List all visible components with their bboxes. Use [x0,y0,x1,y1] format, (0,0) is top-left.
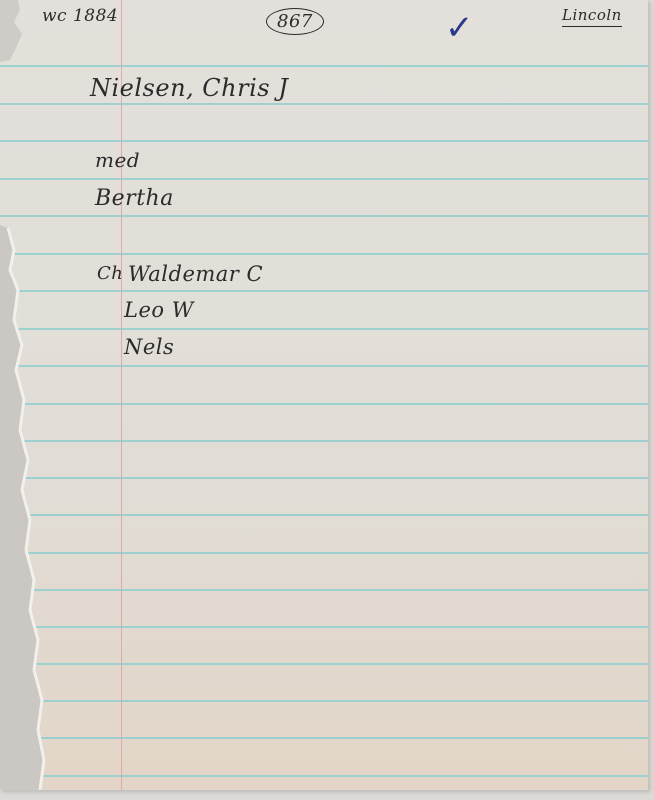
ruled-line [0,253,648,255]
ruled-line [0,663,648,665]
ruled-line [0,365,648,367]
ruled-line [0,737,648,739]
notebook-page: wc 1884 867 ✓ Lincoln Nielsen, Chris J m… [0,0,648,790]
ruled-line [0,552,648,554]
check-mark-icon: ✓ [445,8,474,48]
child-name: Nels [124,335,174,359]
child-name: Waldemar C [128,262,263,286]
ruled-line [0,700,648,702]
ruled-line [0,477,648,479]
place-name: Lincoln [562,6,622,27]
ruled-line [0,440,648,442]
margin-line [121,0,122,790]
ruled-line [0,328,648,330]
child-name: Leo W [124,298,194,322]
ruled-line [0,626,648,628]
ruled-line [0,178,648,180]
record-number: 867 [266,8,324,35]
ruled-line [0,403,648,405]
children-label: Ch [97,263,123,284]
person-name: Nielsen, Chris J [90,74,288,102]
reference-code: wc 1884 [42,6,118,26]
torn-edge [0,0,60,790]
ruled-line [0,514,648,516]
ruled-line [0,65,648,67]
ruled-line [0,589,648,591]
ruled-line [0,215,648,217]
spouse-label: med [95,148,140,172]
ruled-line [0,290,648,292]
spouse-name: Bertha [95,186,174,211]
ruled-line [0,140,648,142]
ruled-line [0,103,648,105]
ruled-line [0,775,648,777]
